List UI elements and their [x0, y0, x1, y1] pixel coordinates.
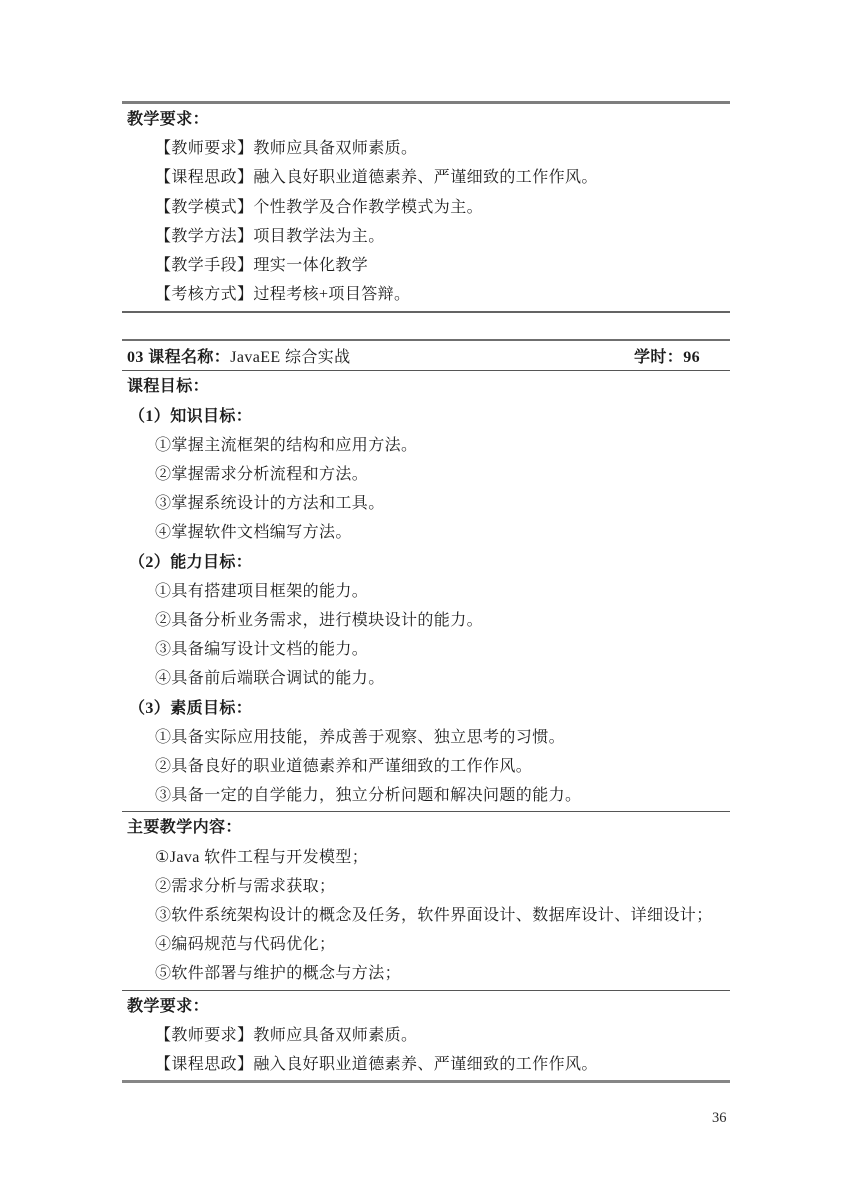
requirement-item: 【考核方式】过程考核+项目答辩。 — [122, 280, 730, 309]
objective-item: ①具有搭建项目框架的能力。 — [122, 577, 730, 606]
objective-item: ①掌握主流框架的结构和应用方法。 — [122, 431, 730, 460]
course-requirements-row: 教学要求： 【教师要求】教师应具备双师素质。 【课程思政】融入良好职业道德素养、… — [122, 991, 730, 1081]
content-item: ④编码规范与代码优化； — [122, 930, 730, 959]
objective-item: ②具备分析业务需求，进行模块设计的能力。 — [122, 606, 730, 635]
objective-item: ③掌握系统设计的方法和工具。 — [122, 489, 730, 518]
course-content-row: 主要教学内容： ①Java 软件工程与开发模型； ②需求分析与需求获取； ③软件… — [122, 812, 730, 990]
objective-item: ③具备编写设计文档的能力。 — [122, 635, 730, 664]
course-objectives-row: 课程目标： （1）知识目标： ①掌握主流框架的结构和应用方法。 ②掌握需求分析流… — [122, 371, 730, 812]
page-content: 教学要求： 【教师要求】教师应具备双师素质。 【课程思政】融入良好职业道德素养、… — [122, 101, 730, 1083]
course-name: 03 课程名称：JavaEE 综合实战 — [122, 344, 351, 367]
content-item: ②需求分析与需求获取； — [122, 872, 730, 901]
course-name-value: JavaEE 综合实战 — [230, 349, 350, 366]
content-item: ①Java 软件工程与开发模型； — [122, 843, 730, 872]
course-hours: 学时：96 — [634, 344, 730, 367]
requirement-item: 【教师要求】教师应具备双师素质。 — [122, 1021, 730, 1050]
content-title: 主要教学内容： — [122, 813, 730, 842]
requirement-item: 【课程思政】融入良好职业道德素养、严谨细致的工作作风。 — [122, 1050, 730, 1079]
course-hours-value: 96 — [683, 349, 700, 366]
content-item: ⑤软件部署与维护的概念与方法； — [122, 959, 730, 988]
course-header-row: 03 课程名称：JavaEE 综合实战 学时：96 — [122, 341, 730, 371]
page-number: 36 — [712, 1110, 727, 1127]
requirement-item: 【教学手段】理实一体化教学 — [122, 251, 730, 280]
course-name-label: 03 课程名称： — [127, 349, 230, 366]
objective-item: ④掌握软件文档编写方法。 — [122, 518, 730, 547]
requirement-item: 【教师要求】教师应具备双师素质。 — [122, 134, 730, 163]
objective-item: ④具备前后端联合调试的能力。 — [122, 664, 730, 693]
document-page: 教学要求： 【教师要求】教师应具备双师素质。 【课程思政】融入良好职业道德素养、… — [0, 0, 850, 1202]
section-course-03: 03 课程名称：JavaEE 综合实战 学时：96 课程目标： （1）知识目标：… — [122, 339, 730, 1083]
objective-item: ③具备一定的自学能力，独立分析问题和解决问题的能力。 — [122, 781, 730, 810]
objective-item: ②具备良好的职业道德素养和严谨细致的工作作风。 — [122, 752, 730, 781]
section-title: 教学要求： — [122, 105, 730, 134]
course-hours-label: 学时： — [634, 349, 683, 366]
objective-group-title: （2）能力目标： — [122, 548, 730, 577]
content-item: ③软件系统架构设计的概念及任务，软件界面设计、数据库设计、详细设计； — [122, 901, 730, 930]
requirement-item: 【教学模式】个性教学及合作教学模式为主。 — [122, 193, 730, 222]
requirement-item: 【教学方法】项目教学法为主。 — [122, 222, 730, 251]
requirements-title: 教学要求： — [122, 992, 730, 1021]
objective-group-title: （1）知识目标： — [122, 402, 730, 431]
objective-item: ②掌握需求分析流程和方法。 — [122, 460, 730, 489]
objective-item: ①具备实际应用技能，养成善于观察、独立思考的习惯。 — [122, 723, 730, 752]
section-teaching-requirements-prev: 教学要求： 【教师要求】教师应具备双师素质。 【课程思政】融入良好职业道德素养、… — [122, 101, 730, 313]
objective-group-title: （3）素质目标： — [122, 694, 730, 723]
requirement-item: 【课程思政】融入良好职业道德素养、严谨细致的工作作风。 — [122, 163, 730, 192]
objectives-title: 课程目标： — [122, 372, 730, 401]
